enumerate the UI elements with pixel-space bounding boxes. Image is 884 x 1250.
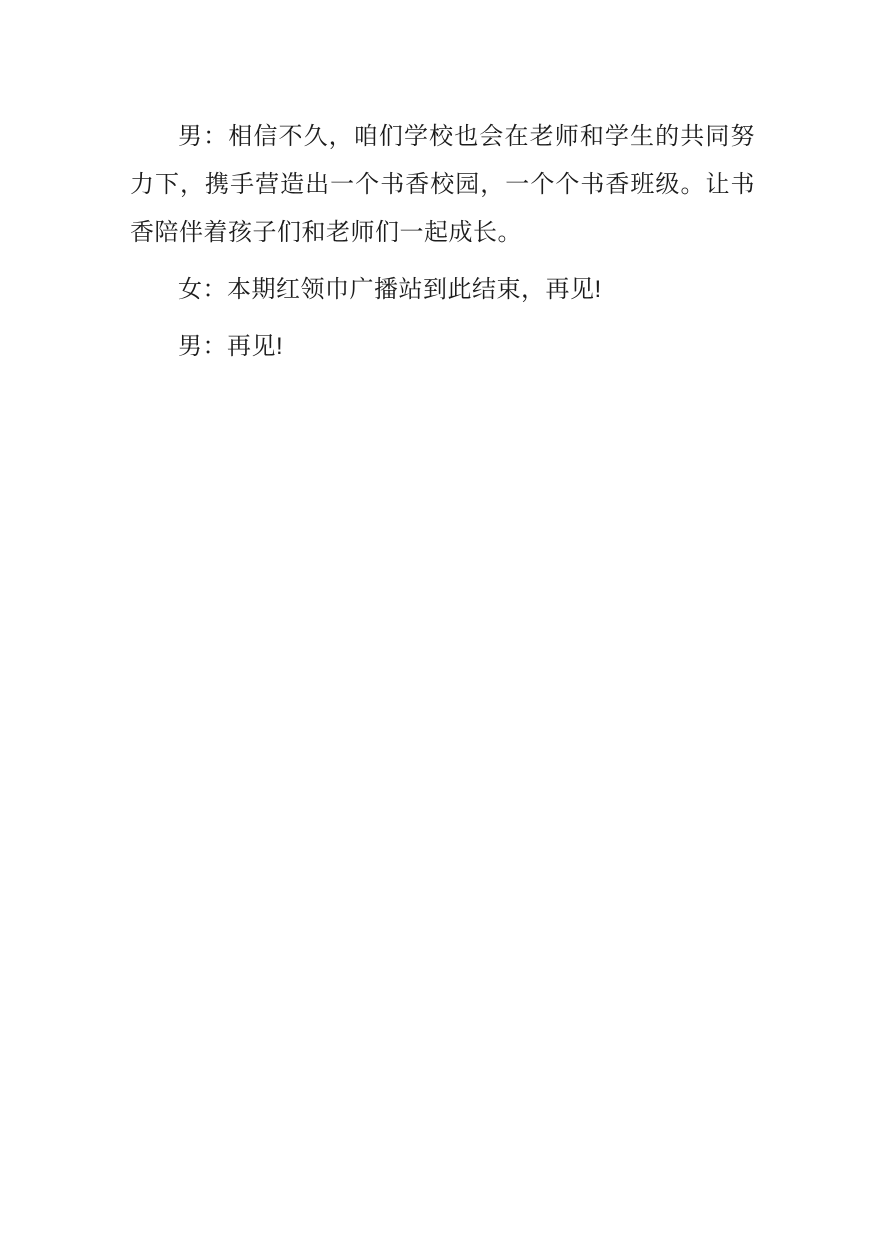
paragraph-male-closing-remarks: 男：相信不久，咱们学校也会在老师和学生的共同努力下，携手营造出一个书香校园，一个…	[130, 113, 755, 257]
paragraph-female-signoff: 女：本期红领巾广播站到此结束，再见!	[130, 266, 755, 314]
document-page: 男：相信不久，咱们学校也会在老师和学生的共同努力下，携手营造出一个书香校园，一个…	[0, 0, 884, 1250]
paragraph-male-signoff: 男：再见!	[130, 323, 755, 371]
